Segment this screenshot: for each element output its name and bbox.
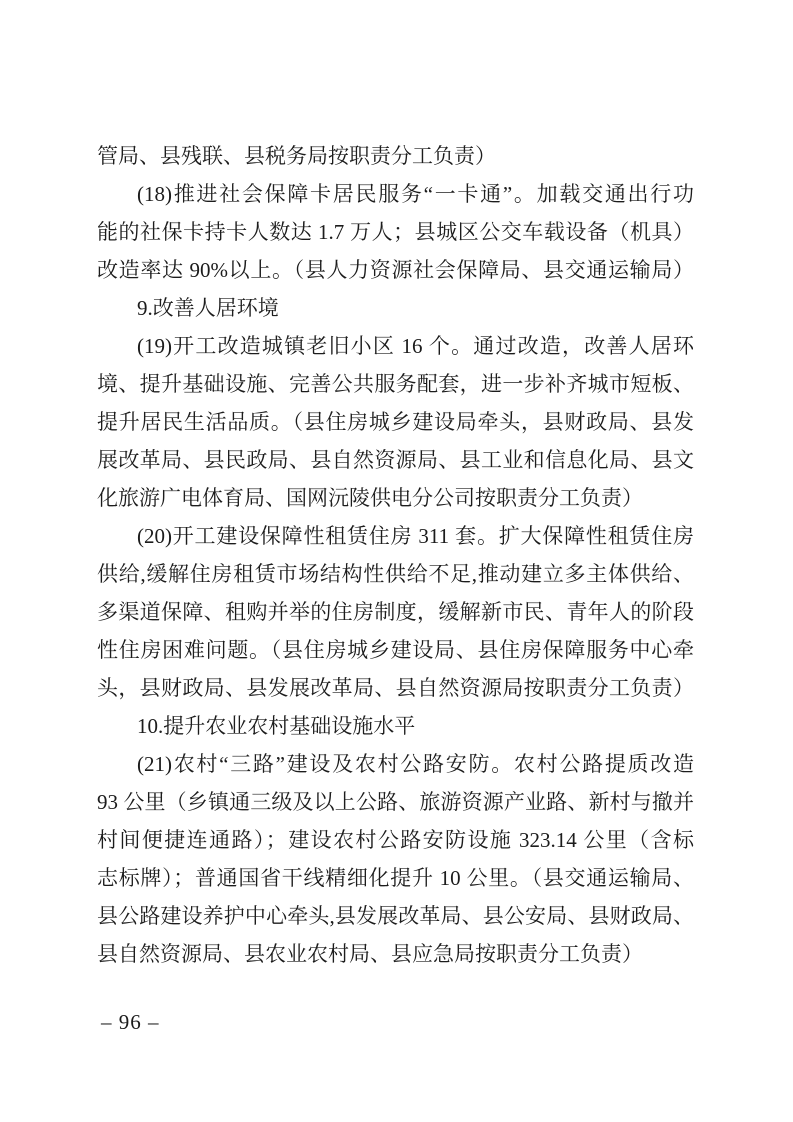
text-line: 县自然资源局、县农业农村局、县应急局按职责分工负责） <box>97 935 694 973</box>
text-line: 境、提升基础设施、完善公共服务配套，进一步补齐城市短板、 <box>97 365 694 403</box>
text-line: 10.提升农业农村基础设施水平 <box>97 707 694 745</box>
text-line: 9.改善人居环境 <box>97 289 694 327</box>
document-page: 管局、县残联、县税务局按职责分工负责）(18)推进社会保障卡居民服务“一卡通”。… <box>0 0 793 1122</box>
text-line: 改造率达 90%以上。（县人力资源社会保障局、县交通运输局） <box>97 251 694 289</box>
text-line: 供给,缓解住房租赁市场结构性供给不足,推动建立多主体供给、 <box>97 555 694 593</box>
text-line: (20)开工建设保障性租赁住房 311 套。扩大保障性租赁住房 <box>97 517 694 555</box>
text-line: (21)农村“三路”建设及农村公路安防。农村公路提质改造 <box>97 745 694 783</box>
text-line: 头，县财政局、县发展改革局、县自然资源局按职责分工负责） <box>97 669 694 707</box>
document-body: 管局、县残联、县税务局按职责分工负责）(18)推进社会保障卡居民服务“一卡通”。… <box>97 137 694 973</box>
text-line: 村间便捷连通路）；建设农村公路安防设施 323.14 公里（含标 <box>97 821 694 859</box>
text-line: (18)推进社会保障卡居民服务“一卡通”。加载交通出行功 <box>97 175 694 213</box>
text-line: 93 公里（乡镇通三级及以上公路、旅游资源产业路、新村与撤并 <box>97 783 694 821</box>
page-number: – 96 – <box>101 1009 160 1035</box>
text-line: 志标牌）；普通国省干线精细化提升 10 公里。（县交通运输局、 <box>97 859 694 897</box>
text-line: 管局、县残联、县税务局按职责分工负责） <box>97 137 694 175</box>
text-line: 化旅游广电体育局、国网沅陵供电分公司按职责分工负责） <box>97 479 694 517</box>
text-line: 展改革局、县民政局、县自然资源局、县工业和信息化局、县文 <box>97 441 694 479</box>
text-line: 多渠道保障、租购并举的住房制度，缓解新市民、青年人的阶段 <box>97 593 694 631</box>
text-line: (19)开工改造城镇老旧小区 16 个。通过改造，改善人居环 <box>97 327 694 365</box>
text-line: 县公路建设养护中心牵头,县发展改革局、县公安局、县财政局、 <box>97 897 694 935</box>
text-line: 能的社保卡持卡人数达 1.7 万人；县城区公交车载设备（机具） <box>97 213 694 251</box>
text-line: 提升居民生活品质。（县住房城乡建设局牵头，县财政局、县发 <box>97 403 694 441</box>
text-line: 性住房困难问题。（县住房城乡建设局、县住房保障服务中心牵 <box>97 631 694 669</box>
